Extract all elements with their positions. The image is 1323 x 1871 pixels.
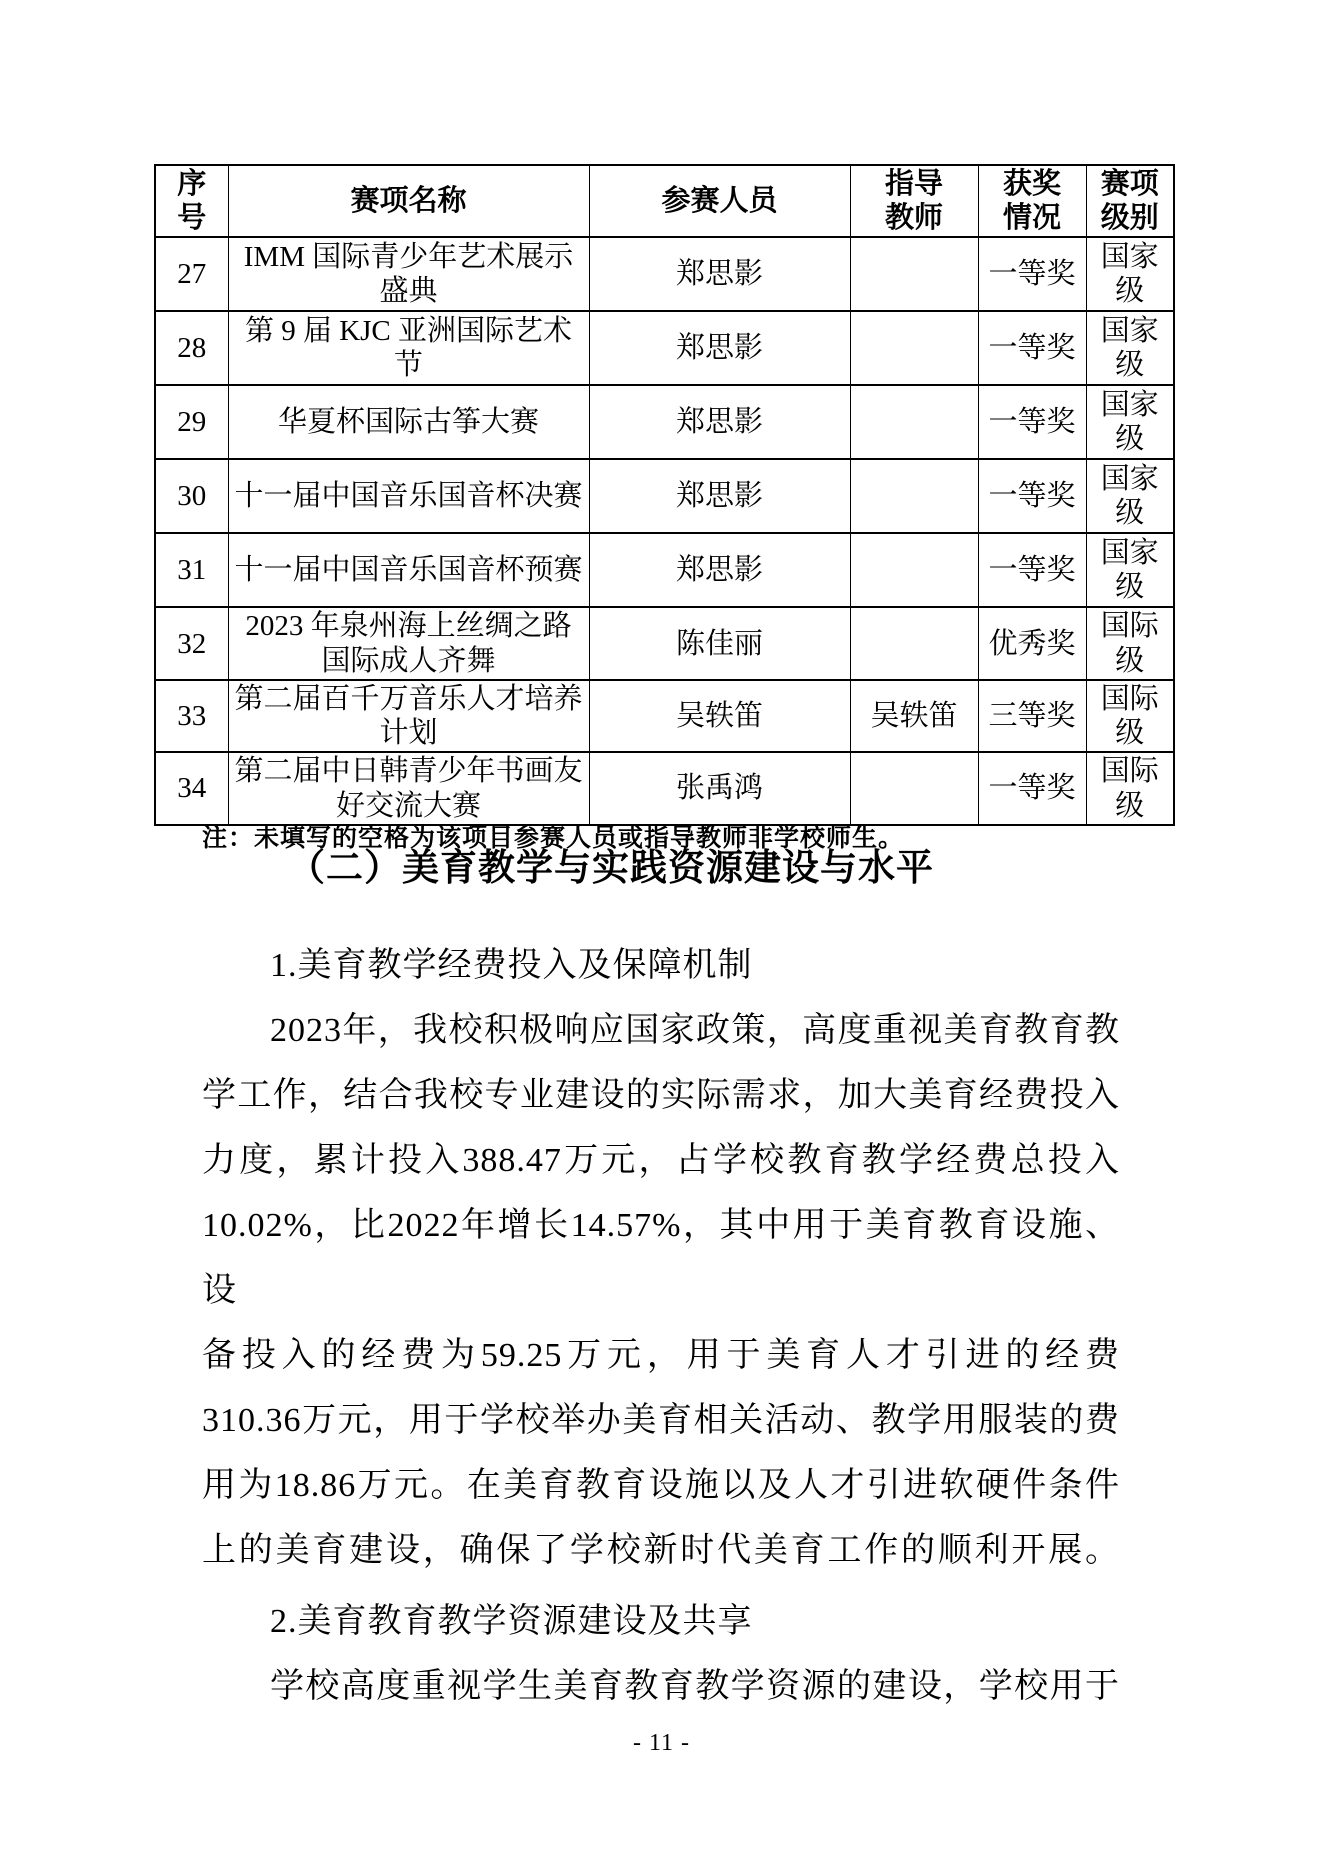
col-header-award: 获奖 情况 — [978, 165, 1086, 237]
col-header-no: 序 号 — [155, 165, 228, 237]
paragraph-line: 10.02%，比2022年增长14.57%，其中用于美育教育设施、设 — [202, 1193, 1120, 1323]
cell-award: 一等奖 — [978, 311, 1086, 385]
cell-award: 一等奖 — [978, 237, 1086, 311]
cell-award: 一等奖 — [978, 533, 1086, 607]
sub-heading-2: 2.美育教育教学资源建设及共享 — [202, 1589, 1120, 1654]
cell-participant: 郑思影 — [589, 311, 850, 385]
cell-teacher — [850, 459, 978, 533]
page-number: - 11 - — [0, 1730, 1323, 1757]
paragraph-line: 学工作，结合我校专业建设的实际需求，加大美育经费投入 — [202, 1063, 1120, 1128]
cell-award: 三等奖 — [978, 680, 1086, 752]
cell-teacher — [850, 752, 978, 824]
table-row: 34第二届中日韩青少年书画友好交流大赛张禹鸿一等奖国际级 — [155, 752, 1174, 824]
col-header-name: 赛项名称 — [228, 165, 589, 237]
section-heading: （二）美育教学与实践资源建设与水平 — [288, 847, 1188, 891]
sub-heading-1: 1.美育教学经费投入及保障机制 — [202, 933, 1120, 998]
cell-level: 国家级 — [1086, 385, 1174, 459]
table-row: 33第二届百千万音乐人才培养计划吴轶笛吴轶笛三等奖国际级 — [155, 680, 1174, 752]
cell-no: 28 — [155, 311, 228, 385]
cell-level: 国际级 — [1086, 752, 1174, 824]
cell-level: 国家级 — [1086, 237, 1174, 311]
table-row: 27IMM 国际青少年艺术展示盛典郑思影一等奖国家级 — [155, 237, 1174, 311]
paragraph-line: 备投入的经费为59.25万元，用于美育人才引进的经费 — [202, 1323, 1120, 1388]
cell-name: 2023 年泉州海上丝绸之路国际成人齐舞 — [228, 607, 589, 679]
paragraph-line: 上的美育建设，确保了学校新时代美育工作的顺利开展。 — [202, 1518, 1120, 1583]
paragraph-line: 力度，累计投入388.47万元，占学校教育教学经费总投入 — [202, 1128, 1120, 1193]
cell-participant: 张禹鸿 — [589, 752, 850, 824]
table-row: 30十一届中国音乐国音杯决赛郑思影一等奖国家级 — [155, 459, 1174, 533]
cell-teacher — [850, 311, 978, 385]
cell-participant: 郑思影 — [589, 533, 850, 607]
paragraph-line: 2023年，我校积极响应国家政策，高度重视美育教育教 — [202, 998, 1120, 1063]
cell-award: 一等奖 — [978, 459, 1086, 533]
cell-no: 30 — [155, 459, 228, 533]
cell-level: 国家级 — [1086, 533, 1174, 607]
cell-name: IMM 国际青少年艺术展示盛典 — [228, 237, 589, 311]
cell-participant: 郑思影 — [589, 459, 850, 533]
cell-award: 一等奖 — [978, 385, 1086, 459]
body-text: 1.美育教学经费投入及保障机制 2023年，我校积极响应国家政策，高度重视美育教… — [202, 933, 1120, 1719]
col-header-participant: 参赛人员 — [589, 165, 850, 237]
paragraph-line: 310.36万元，用于学校举办美育相关活动、教学用服装的费 — [202, 1388, 1120, 1453]
cell-no: 27 — [155, 237, 228, 311]
cell-level: 国际级 — [1086, 680, 1174, 752]
cell-teacher — [850, 237, 978, 311]
cell-participant: 郑思影 — [589, 237, 850, 311]
cell-name: 十一届中国音乐国音杯决赛 — [228, 459, 589, 533]
cell-teacher — [850, 533, 978, 607]
cell-level: 国际级 — [1086, 607, 1174, 679]
cell-name: 第二届百千万音乐人才培养计划 — [228, 680, 589, 752]
paragraph-line: 用为18.86万元。在美育教育设施以及人才引进软硬件条件 — [202, 1453, 1120, 1518]
cell-participant: 陈佳丽 — [589, 607, 850, 679]
cell-no: 32 — [155, 607, 228, 679]
cell-no: 33 — [155, 680, 228, 752]
cell-teacher — [850, 385, 978, 459]
cell-name: 第 9 届 KJC 亚洲国际艺术节 — [228, 311, 589, 385]
paragraph-2: 学校高度重视学生美育教育教学资源的建设，学校用于 — [202, 1654, 1120, 1719]
award-table: 序 号 赛项名称 参赛人员 指导 教师 获奖 情况 赛项 级别 27IMM 国际… — [154, 164, 1175, 826]
cell-award: 优秀奖 — [978, 607, 1086, 679]
table-row: 322023 年泉州海上丝绸之路国际成人齐舞陈佳丽优秀奖国际级 — [155, 607, 1174, 679]
table-row: 29华夏杯国际古筝大赛郑思影一等奖国家级 — [155, 385, 1174, 459]
paragraph-1: 2023年，我校积极响应国家政策，高度重视美育教育教学工作，结合我校专业建设的实… — [202, 998, 1120, 1583]
cell-no: 34 — [155, 752, 228, 824]
table-row: 28第 9 届 KJC 亚洲国际艺术节郑思影一等奖国家级 — [155, 311, 1174, 385]
col-header-teacher: 指导 教师 — [850, 165, 978, 237]
cell-name: 十一届中国音乐国音杯预赛 — [228, 533, 589, 607]
cell-name: 第二届中日韩青少年书画友好交流大赛 — [228, 752, 589, 824]
col-header-level: 赛项 级别 — [1086, 165, 1174, 237]
table-header-row: 序 号 赛项名称 参赛人员 指导 教师 获奖 情况 赛项 级别 — [155, 165, 1174, 237]
cell-name: 华夏杯国际古筝大赛 — [228, 385, 589, 459]
cell-level: 国家级 — [1086, 459, 1174, 533]
cell-participant: 吴轶笛 — [589, 680, 850, 752]
cell-teacher — [850, 607, 978, 679]
cell-teacher: 吴轶笛 — [850, 680, 978, 752]
cell-award: 一等奖 — [978, 752, 1086, 824]
paragraph-line: 学校高度重视学生美育教育教学资源的建设，学校用于 — [202, 1654, 1120, 1719]
cell-no: 31 — [155, 533, 228, 607]
table-row: 31十一届中国音乐国音杯预赛郑思影一等奖国家级 — [155, 533, 1174, 607]
cell-level: 国家级 — [1086, 311, 1174, 385]
cell-no: 29 — [155, 385, 228, 459]
award-table-body: 27IMM 国际青少年艺术展示盛典郑思影一等奖国家级28第 9 届 KJC 亚洲… — [155, 237, 1174, 824]
cell-participant: 郑思影 — [589, 385, 850, 459]
